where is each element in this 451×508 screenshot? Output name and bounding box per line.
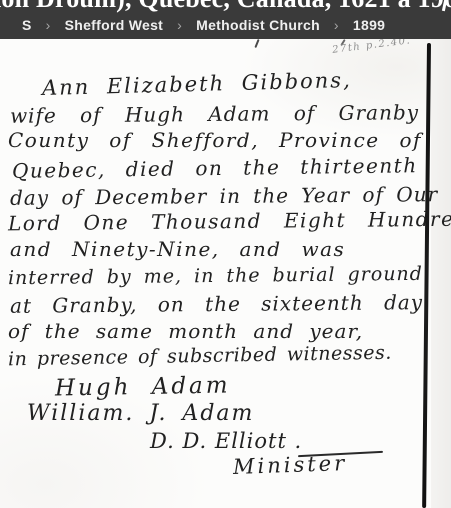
stray-ink-stroke [254, 39, 259, 48]
chevron-right-icon: › [46, 17, 51, 33]
record-line: of the same month and year, [8, 320, 363, 343]
record-viewer: ion Drouin), Québec, Canada, 1621 à 1968… [0, 0, 451, 508]
breadcrumb-item-church[interactable]: Methodist Church [196, 17, 320, 33]
signature-hugh-adam: Hugh Adam [55, 372, 231, 401]
record-line: Lord One Thousand Eight Hundred [8, 208, 451, 236]
record-line: at Granby, on the sixteenth day [10, 291, 423, 318]
signature-minister-name: D. D. Elliott . [150, 429, 302, 453]
breadcrumb-item-year[interactable]: 1899 [353, 17, 385, 33]
chevron-right-icon: › [334, 17, 339, 33]
document-scan-canvas[interactable]: 27th p.2.40. Ann Elizabeth Gibbons, wife… [0, 39, 451, 508]
record-line: interred by me, in the burial ground [8, 264, 423, 290]
signature-william-j-adam: William. J. Adam [27, 401, 254, 426]
record-line: Quebec, died on the thirteenth [12, 154, 418, 183]
breadcrumb-item-place[interactable]: Shefford West [65, 17, 164, 33]
record-line: day of December in the Year of Our [10, 183, 438, 210]
record-line: in presence of subscribed witnesses. [8, 343, 392, 372]
record-line: wife of Hugh Adam of Granby [10, 101, 419, 128]
record-line: Ann Elizabeth Gibbons, [42, 68, 352, 100]
page-binding-edge [422, 43, 431, 508]
page-edge-shadow [431, 39, 451, 508]
record-line: County of Shefford, Province of [8, 129, 422, 152]
breadcrumb-item-letter[interactable]: S [22, 17, 32, 33]
record-line: and Ninety-Nine, and was [10, 238, 345, 261]
chevron-right-icon: › [177, 17, 182, 33]
breadcrumb: S › Shefford West › Methodist Church › 1… [22, 12, 385, 38]
header-bar: ion Drouin), Québec, Canada, 1621 à 1968… [0, 0, 451, 39]
